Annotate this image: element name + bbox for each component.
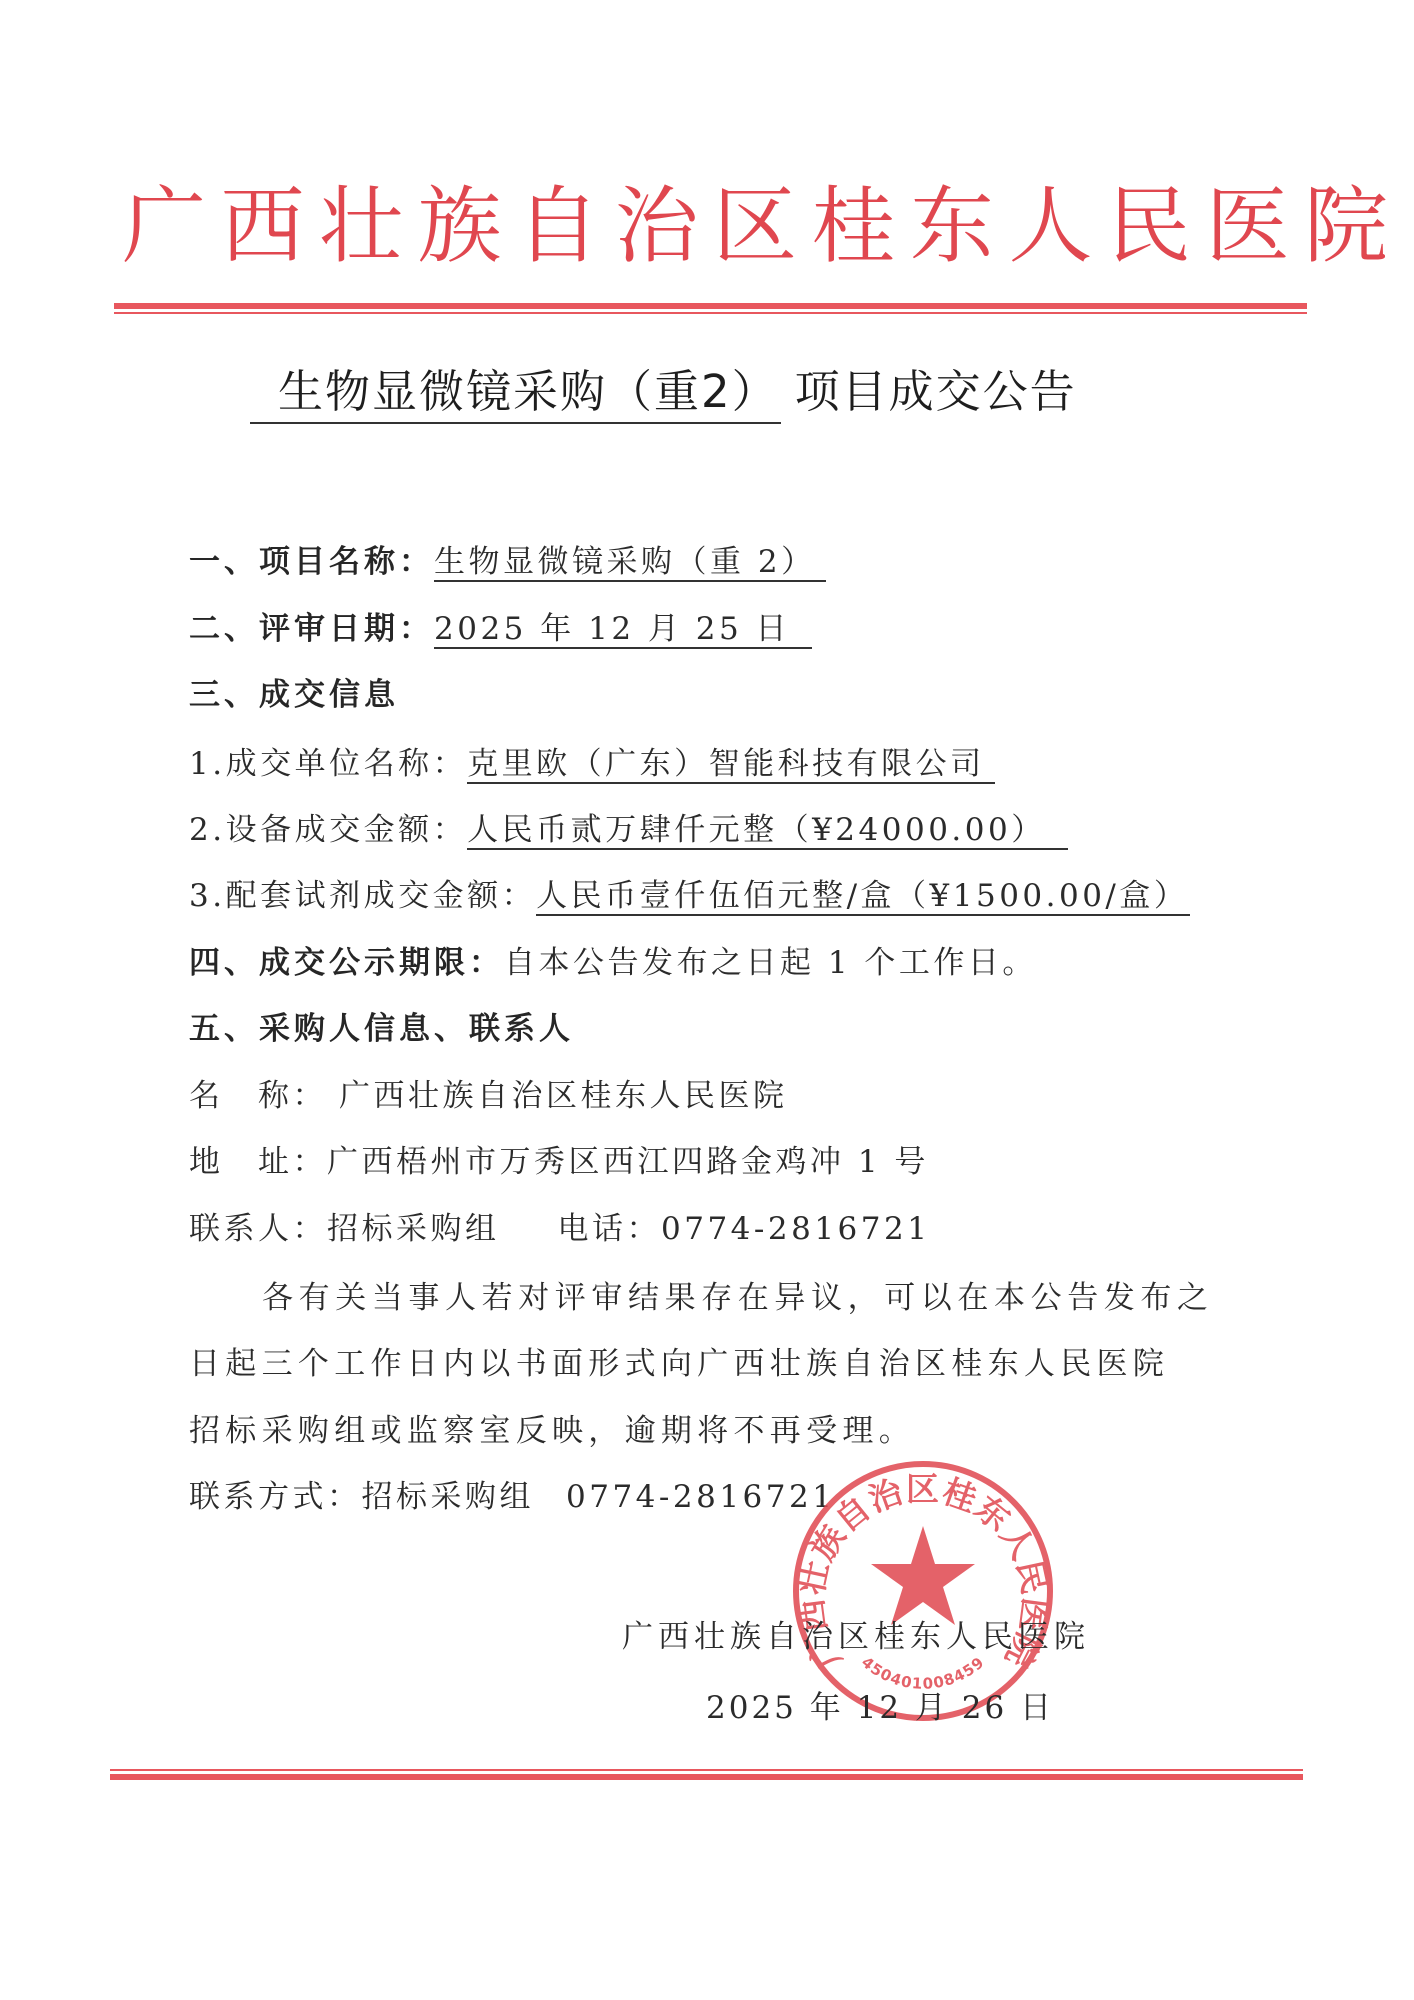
footer-rule-thin [110, 1769, 1303, 1771]
review-date-value: 2025 年 12 月 25 日 [434, 611, 812, 649]
objection-notice-line-1: 各有关当事人若对评审结果存在异议，可以在本公告发布之 [262, 1276, 1214, 1320]
contact-method-dept: 招标采购组 [362, 1479, 535, 1515]
objection-notice-line-2: 日起三个工作日内以书面形式向广西壮族自治区桂东人民医院 [189, 1342, 1169, 1386]
announcement-title-project: 生物显微镜采购（重2） [250, 362, 781, 424]
deal-info-heading: 三、成交信息 [189, 673, 399, 717]
contact-method-label: 联系方式： [189, 1479, 362, 1515]
project-name-value: 生物显微镜采购（重 2） [434, 544, 826, 582]
project-name-label: 一、项目名称： [189, 544, 434, 580]
purchaser-name-value: 广西壮族自治区桂东人民医院 [339, 1078, 788, 1114]
publicity-period-value: 自本公告发布之日起 1 个工作日。 [504, 945, 1037, 981]
purchaser-contact-label: 联系人： [189, 1211, 327, 1247]
deal-item-label: 3.配套试剂成交金额： [189, 878, 536, 914]
objection-notice-line-3: 招标采购组或监察室反映，逾期将不再受理。 [189, 1409, 915, 1453]
letterhead-organization: 广西壮族自治区桂东人民医院 [122, 176, 1312, 276]
purchaser-phone-value: 0774-2816721 [661, 1211, 930, 1247]
purchaser-contact-value: 招标采购组 [327, 1211, 500, 1247]
purchaser-label: 五、采购人信息、联系人 [189, 1011, 574, 1047]
purchaser-address-value: 广西梧州市万秀区西江四路金鸡冲 1 号 [327, 1144, 929, 1180]
contact-method-row: 联系方式：招标采购组0774-2816721 [189, 1475, 835, 1519]
deal-item-label: 2.设备成交金额： [189, 812, 467, 848]
purchaser-name-row: 名 称：广西壮族自治区桂东人民医院 [189, 1074, 788, 1118]
deal-item-value: 人民币贰万肆仟元整（¥24000.00） [467, 812, 1068, 850]
purchaser-address-row: 地 址：广西梧州市万秀区西江四路金鸡冲 1 号 [189, 1140, 929, 1184]
signature-organization: 广西壮族自治区桂东人民医院 [622, 1611, 1090, 1656]
purchaser-name-label: 名 称： [189, 1078, 327, 1114]
signature-date: 2025 年 12 月 26 日 [706, 1682, 1054, 1727]
deal-item-equipment-amount: 2.设备成交金额：人民币贰万肆仟元整（¥24000.00） [189, 808, 1068, 852]
letterhead-rule-thick [114, 303, 1307, 309]
announcement-title-suffix: 项目成交公告 [795, 365, 1077, 418]
announcement-title: 生物显微镜采购（重2）项目成交公告 [250, 362, 1077, 424]
project-name-row: 一、项目名称：生物显微镜采购（重 2） [189, 540, 826, 584]
publicity-period-row: 四、成交公示期限：自本公告发布之日起 1 个工作日。 [189, 941, 1037, 985]
review-date-label: 二、评审日期： [189, 611, 434, 647]
deal-item-winner: 1.成交单位名称：克里欧（广东）智能科技有限公司 [189, 742, 995, 786]
purchaser-heading: 五、采购人信息、联系人 [189, 1007, 574, 1051]
purchaser-contact-row: 联系人：招标采购组电话：0774-2816721 [189, 1207, 930, 1251]
deal-info-label: 三、成交信息 [189, 677, 399, 713]
purchaser-phone-label: 电话： [558, 1211, 662, 1247]
deal-item-value: 人民币壹仟伍佰元整/盒（¥1500.00/盒） [536, 878, 1190, 916]
deal-item-reagent-amount: 3.配套试剂成交金额：人民币壹仟伍佰元整/盒（¥1500.00/盒） [189, 874, 1190, 918]
review-date-row: 二、评审日期：2025 年 12 月 25 日 [189, 607, 812, 651]
publicity-period-label: 四、成交公示期限： [189, 945, 504, 981]
deal-item-label: 1.成交单位名称： [189, 746, 467, 782]
deal-item-value: 克里欧（广东）智能科技有限公司 [467, 746, 995, 784]
footer-rule-thick [110, 1774, 1303, 1780]
letterhead-rule-thin [114, 312, 1307, 314]
purchaser-address-label: 地 址： [189, 1144, 327, 1180]
